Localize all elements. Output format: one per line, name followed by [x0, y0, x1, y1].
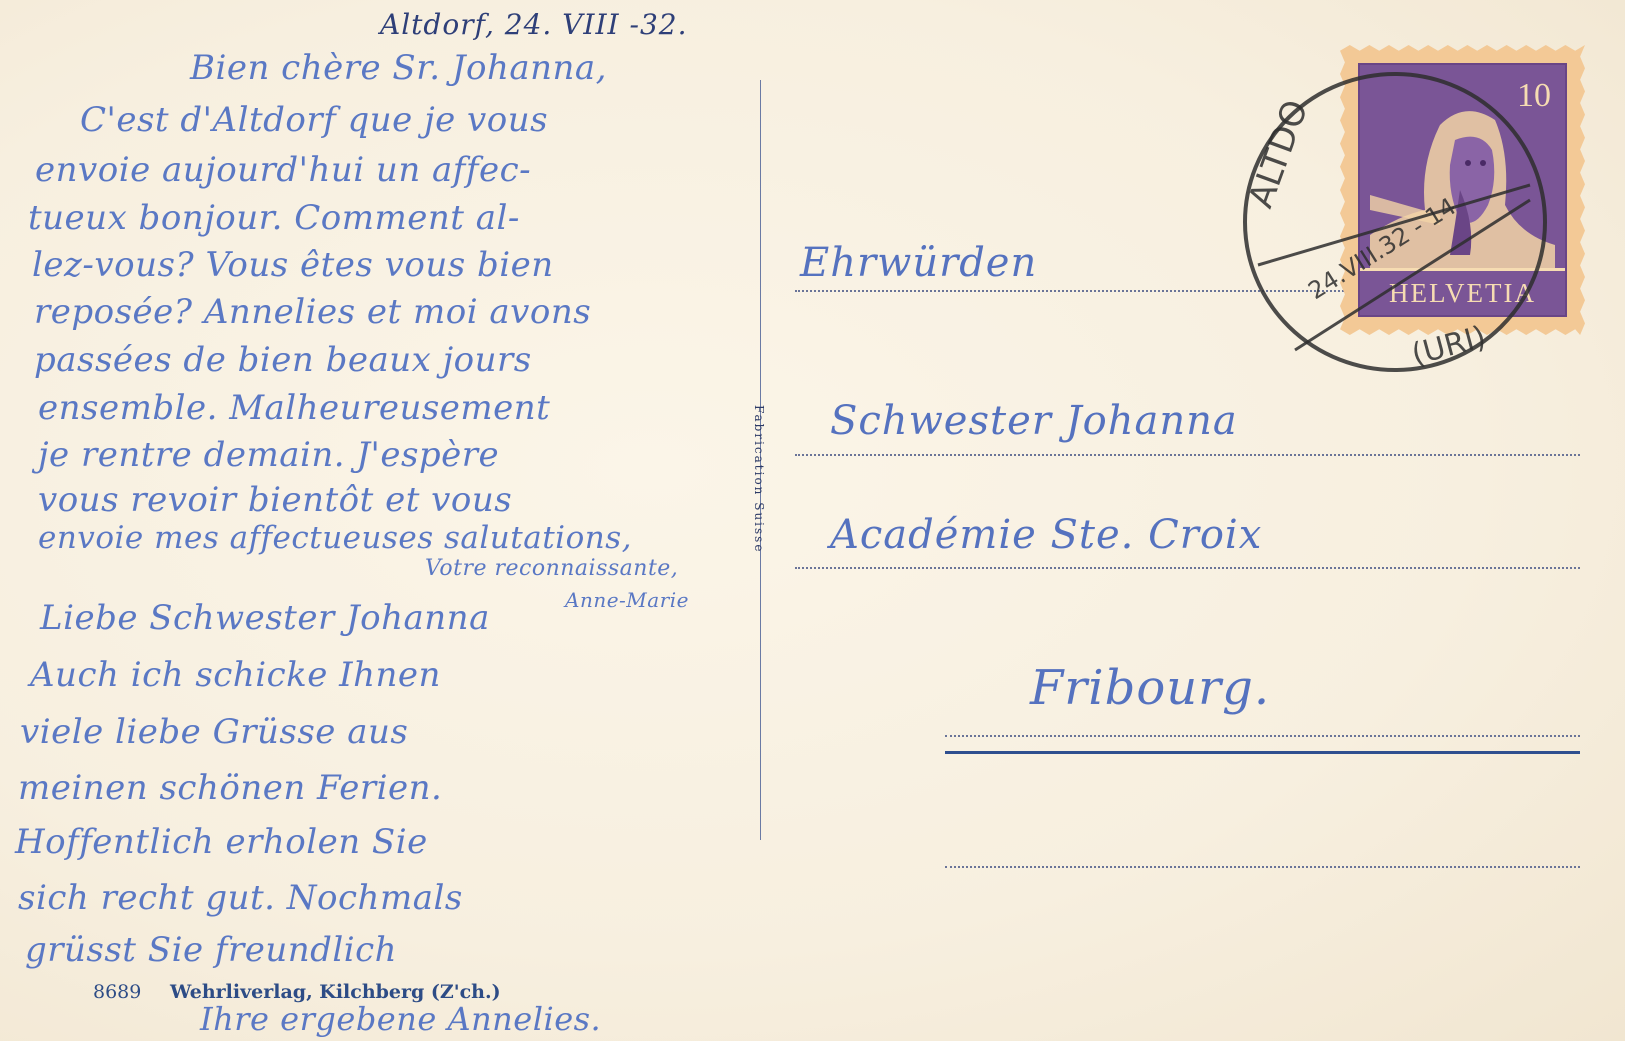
french-closing: Votre reconnaissante,	[425, 556, 678, 581]
stamp-value: 10	[1517, 77, 1551, 115]
address-rule-3	[795, 567, 1580, 569]
message-line: envoie aujourd'hui un affec-	[35, 150, 531, 190]
message-line: reposée? Annelies et moi avons	[34, 292, 591, 332]
postcard: Altdorf, 24. VIII -32. Bien chère Sr. Jo…	[0, 0, 1625, 1041]
publisher-imprint: 8689 Wehrliverlag, Kilchberg (Z'ch.)	[93, 981, 501, 1003]
message-line: Liebe Schwester Johanna	[40, 598, 490, 638]
address-rule-5	[945, 866, 1580, 868]
german-signature: Ihre ergebene Annelies.	[200, 1000, 601, 1038]
william-tell-portrait-icon	[1370, 95, 1555, 275]
stamp-design: 10 HELVETIA	[1358, 63, 1567, 317]
place-date: Altdorf, 24. VIII -32.	[380, 8, 687, 41]
svg-text:ALTDO: ALTDO	[1241, 95, 1317, 213]
message-line: meinen schönen Ferien.	[18, 768, 442, 808]
message-line: grüsst Sie freundlich	[25, 930, 397, 970]
address-rule-solid	[945, 751, 1580, 754]
message-line: Hoffentlich erholen Sie	[15, 822, 428, 862]
fabrication-imprint: Fabrication Suisse	[752, 405, 766, 553]
address-rule-2	[795, 454, 1580, 456]
address-line-3: Académie Ste. Croix	[830, 512, 1262, 558]
message-line: tueux bonjour. Comment al-	[28, 198, 520, 238]
card-number: 8689	[93, 981, 141, 1003]
postage-stamp: 10 HELVETIA	[1340, 45, 1585, 335]
stamp-country-band: HELVETIA	[1360, 268, 1565, 315]
message-line: Auch ich schicke Ihnen	[30, 655, 441, 695]
message-line: passées de bien beaux jours	[34, 340, 532, 380]
address-line-2: Schwester Johanna	[830, 398, 1238, 444]
message-line: lez-vous? Vous êtes vous bien	[32, 245, 554, 285]
message-line: Bien chère Sr. Johanna,	[190, 48, 607, 88]
address-rule-4	[945, 735, 1580, 737]
message-line: envoie mes affectueuses salutations,	[38, 520, 632, 556]
french-signature: Anne-Marie	[565, 588, 689, 612]
stamp-country: HELVETIA	[1360, 278, 1565, 309]
publisher-name: Wehrliverlag, Kilchberg (Z'ch.)	[170, 981, 501, 1003]
message-line: je rentre demain. J'espère	[38, 435, 499, 475]
address-line-1: Ehrwürden	[800, 240, 1037, 286]
message-line: viele liebe Grüsse aus	[20, 712, 408, 752]
address-line-4: Fribourg.	[1030, 660, 1270, 716]
message-line: sich recht gut. Nochmals	[18, 878, 463, 918]
message-line: C'est d'Altdorf que je vous	[80, 100, 548, 140]
message-line: ensemble. Malheureusement	[38, 388, 550, 428]
message-line: vous revoir bientôt et vous	[38, 480, 512, 520]
